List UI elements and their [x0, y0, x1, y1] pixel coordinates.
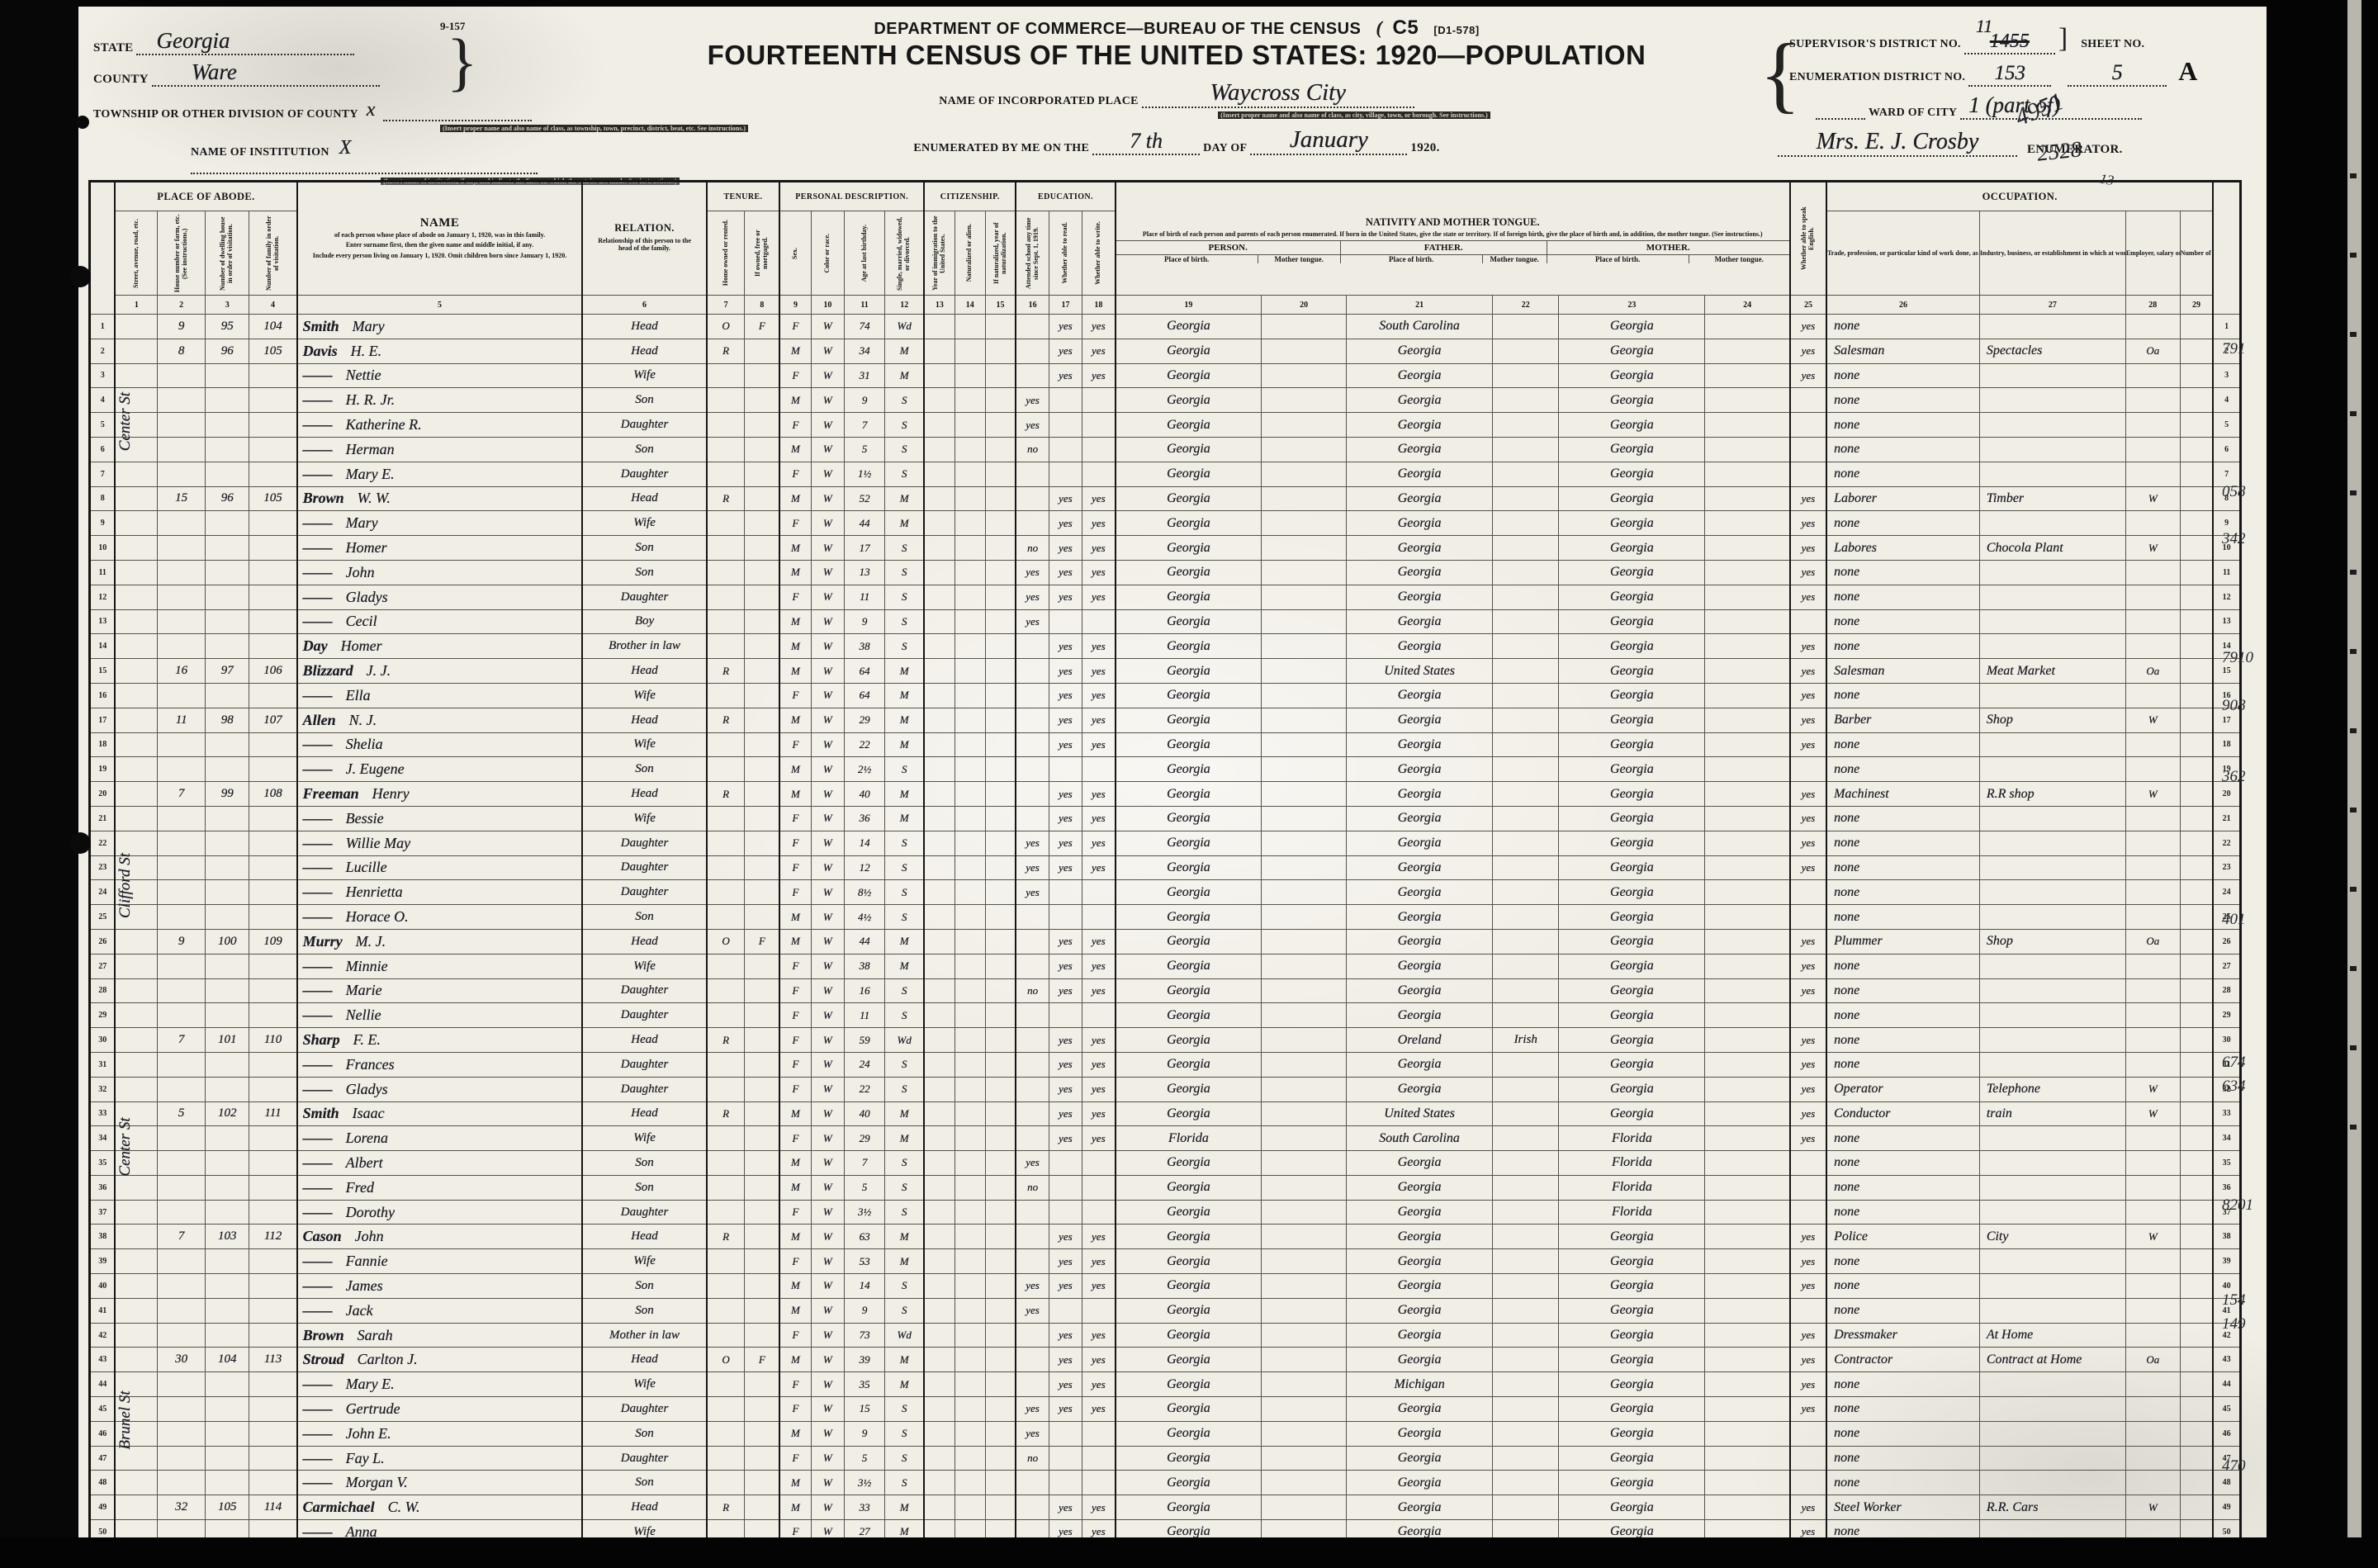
- naturalized: [955, 1471, 985, 1495]
- film-sliver: [2347, 0, 2361, 1568]
- family-number: [249, 1151, 297, 1176]
- mother-mother-tongue: [1705, 1003, 1790, 1028]
- naturalized: [955, 659, 985, 684]
- father-birthplace: Georgia: [1347, 1003, 1493, 1028]
- naturalization-year: [985, 511, 1016, 536]
- ward-label: WARD OF CITY: [1869, 107, 1957, 119]
- person-mother-tongue: [1262, 1077, 1347, 1101]
- immigration-year: [924, 1348, 955, 1372]
- naturalization-year: [985, 1126, 1016, 1151]
- speaks-english: yes: [1790, 1225, 1826, 1249]
- speaks-english: yes: [1790, 782, 1826, 807]
- line-number-right: 34: [2213, 1126, 2240, 1151]
- immigration-year: [924, 831, 955, 855]
- can-write: yes: [1082, 831, 1116, 855]
- sex-cell: F: [779, 363, 811, 388]
- father-birthplace: Georgia: [1347, 1397, 1493, 1422]
- person-row: 5——Katherine R.DaughterFW7SyesGeorgiaGeo…: [90, 413, 2241, 438]
- speaks-english: yes: [1790, 954, 1826, 978]
- line-number: 21: [90, 806, 116, 831]
- dwelling-number: [205, 585, 249, 609]
- name-cell: ——Morgan V.: [297, 1471, 583, 1495]
- dwelling-number: 102: [205, 1101, 249, 1126]
- surname: ——: [303, 1253, 333, 1269]
- speaks-english: yes: [1790, 585, 1826, 609]
- family-number: [249, 978, 297, 1003]
- can-write: yes: [1082, 560, 1116, 585]
- house-number: [158, 1077, 206, 1101]
- line-number-right: 21: [2213, 806, 2240, 831]
- line-number: 48: [90, 1471, 116, 1495]
- given-name: W. W.: [358, 490, 391, 506]
- age-cell: 64: [844, 659, 884, 684]
- industry: [1979, 462, 2125, 486]
- street-name: Brunel St: [116, 1337, 135, 1504]
- age-cell: 1½: [844, 462, 884, 486]
- mother-birthplace: Florida: [1559, 1175, 1705, 1200]
- age-cell: 17: [844, 536, 884, 561]
- farm-schedule: [2180, 1003, 2213, 1028]
- sex-cell: F: [779, 315, 811, 339]
- tenure-free: [745, 585, 779, 609]
- naturalization-year: [985, 315, 1016, 339]
- person-mother-tongue: [1262, 511, 1347, 536]
- relation-cell: Head: [582, 339, 706, 363]
- occupation: none: [1826, 560, 1979, 585]
- surname: Davis: [303, 343, 338, 359]
- speaks-english: yes: [1790, 634, 1826, 659]
- line-number-right: 39: [2213, 1249, 2240, 1274]
- line-number: 13: [90, 609, 116, 634]
- father-birthplace: Georgia: [1347, 388, 1493, 413]
- speaks-english: yes: [1790, 339, 1826, 363]
- house-number: 7: [158, 1225, 206, 1249]
- person-mother-tongue: [1262, 1249, 1347, 1274]
- mother-birthplace: Georgia: [1559, 634, 1705, 659]
- farm-schedule: [2180, 1372, 2213, 1397]
- tenure-owned: [707, 683, 745, 708]
- dwelling-number: 100: [205, 929, 249, 954]
- attended-school: [1016, 1101, 1049, 1126]
- father-birthplace: Georgia: [1347, 1298, 1493, 1323]
- given-name: C. W.: [388, 1499, 420, 1515]
- father-mother-tongue: [1493, 978, 1559, 1003]
- tenure-owned: [707, 1249, 745, 1274]
- industry: [1979, 978, 2125, 1003]
- dwelling-number: [205, 757, 249, 782]
- name-cell: SmithIsaac: [297, 1101, 583, 1126]
- relation-cell: Daughter: [582, 978, 706, 1003]
- scanned-census-page: 9-157 STATE Georgia COUNTY Ware } TOWNSH…: [0, 0, 2378, 1568]
- speaks-english: yes: [1790, 1101, 1826, 1126]
- farm-schedule: [2180, 782, 2213, 807]
- relation-cell: Daughter: [582, 1200, 706, 1225]
- line-number: 24: [90, 880, 116, 905]
- occupation: none: [1826, 1003, 1979, 1028]
- speaks-english: yes: [1790, 732, 1826, 757]
- father-birthplace: Georgia: [1347, 1225, 1493, 1249]
- tenure-free: [745, 1200, 779, 1225]
- mother-birthplace: Georgia: [1559, 683, 1705, 708]
- person-row: 21——BessieWifeFW36MyesyesGeorgiaGeorgiaG…: [90, 806, 2241, 831]
- given-name: Cecil: [346, 613, 377, 629]
- person-row: 36——FredSonMW5SnoGeorgiaGeorgiaFloridano…: [90, 1175, 2241, 1200]
- race-cell: W: [811, 1348, 844, 1372]
- person-birthplace: Georgia: [1116, 1471, 1262, 1495]
- tenure-owned: [707, 634, 745, 659]
- relation-cell: Daughter: [582, 1052, 706, 1077]
- employer-class: [2125, 880, 2180, 905]
- naturalization-year: [985, 437, 1016, 462]
- naturalized: [955, 1249, 985, 1274]
- employer-class: Oa: [2125, 1348, 2180, 1372]
- given-name: Katherine R.: [346, 416, 422, 433]
- person-birthplace: Georgia: [1116, 536, 1262, 561]
- person-birthplace: Georgia: [1116, 757, 1262, 782]
- mother-birthplace: Georgia: [1559, 536, 1705, 561]
- dwelling-number: [205, 855, 249, 880]
- race-cell: W: [811, 880, 844, 905]
- father-mother-tongue: [1493, 831, 1559, 855]
- sex-cell: F: [779, 880, 811, 905]
- attended-school: [1016, 1052, 1049, 1077]
- family-number: [249, 806, 297, 831]
- age-cell: 52: [844, 486, 884, 511]
- farm-schedule: [2180, 1028, 2213, 1053]
- tenure-free: [745, 511, 779, 536]
- naturalization-year: [985, 855, 1016, 880]
- mother-birthplace: Georgia: [1559, 1446, 1705, 1471]
- family-number: [249, 831, 297, 855]
- immigration-year: [924, 978, 955, 1003]
- surname: ——: [303, 564, 333, 580]
- age-cell: 73: [844, 1323, 884, 1348]
- street-name: Center St: [116, 315, 135, 528]
- farm-schedule: [2180, 1397, 2213, 1422]
- marital-cell: M: [885, 806, 924, 831]
- attended-school: [1016, 732, 1049, 757]
- immigration-year: [924, 954, 955, 978]
- name-header: NAME of each person whose place of abode…: [297, 182, 583, 296]
- farm-schedule: [2180, 339, 2213, 363]
- dwelling-number: [205, 880, 249, 905]
- speaks-english: [1790, 880, 1826, 905]
- house-number: 5: [158, 1101, 206, 1126]
- father-mother-tongue: [1493, 1471, 1559, 1495]
- tenure-free: [745, 732, 779, 757]
- occupation: none: [1826, 462, 1979, 486]
- mother-birthplace: Georgia: [1559, 708, 1705, 732]
- farm-schedule: [2180, 708, 2213, 732]
- grid-body: 1995104SmithMaryHeadOFFW74WdyesyesGeorgi…: [90, 315, 2241, 1546]
- dwelling-number: 96: [205, 486, 249, 511]
- marital-cell: S: [885, 536, 924, 561]
- race-cell: W: [811, 732, 844, 757]
- name-cell: SharpF. E.: [297, 1028, 583, 1053]
- father-mother-tongue: [1493, 315, 1559, 339]
- can-read: [1049, 609, 1082, 634]
- can-write: [1082, 609, 1116, 634]
- margin-handwritten-number: 674: [2222, 1054, 2246, 1072]
- enumeration-day: 7 th: [1092, 129, 1200, 155]
- farm-schedule: [2180, 978, 2213, 1003]
- mother-birthplace: Georgia: [1559, 1372, 1705, 1397]
- race-cell: W: [811, 905, 844, 930]
- tenure-free: [745, 609, 779, 634]
- naturalized: [955, 1274, 985, 1299]
- can-write: yes: [1082, 732, 1116, 757]
- dwelling-number: [205, 1274, 249, 1299]
- occupation: Conductor: [1826, 1101, 1979, 1126]
- tenure-free: [745, 1298, 779, 1323]
- immigration-year: [924, 1372, 955, 1397]
- attended-school: no: [1016, 536, 1049, 561]
- race-cell: W: [811, 929, 844, 954]
- mother-mother-tongue: [1705, 1151, 1790, 1176]
- given-name: Fannie: [346, 1253, 388, 1269]
- person-mother-tongue: [1262, 1151, 1347, 1176]
- can-read: yes: [1049, 683, 1082, 708]
- naturalized: [955, 1052, 985, 1077]
- naturalization-year: [985, 1298, 1016, 1323]
- dwelling-number: [205, 732, 249, 757]
- relation-cell: Son: [582, 1151, 706, 1176]
- naturalized: [955, 1397, 985, 1422]
- person-row: 2896105DavisH. E.HeadRMW34MyesyesGeorgia…: [90, 339, 2241, 363]
- mother-mother-tongue: [1705, 782, 1790, 807]
- family-number: [249, 1397, 297, 1422]
- given-name: Mary: [346, 514, 378, 531]
- citizenship-header: CITIZENSHIP.: [924, 182, 1016, 211]
- age-cell: 15: [844, 1397, 884, 1422]
- name-cell: BrownSarah: [297, 1323, 583, 1348]
- family-number: [249, 954, 297, 978]
- mother-mother-tongue: [1705, 757, 1790, 782]
- speaks-english: yes: [1790, 831, 1826, 855]
- race-cell: W: [811, 1495, 844, 1520]
- surname: ——: [303, 1376, 333, 1392]
- employer-class: [2125, 413, 2180, 438]
- father-mother-tongue: [1493, 732, 1559, 757]
- name-cell: ——Fay L.: [297, 1446, 583, 1471]
- margin-handwritten-number: 362: [2222, 768, 2246, 786]
- person-birthplace: Georgia: [1116, 978, 1262, 1003]
- person-row: 19——J. EugeneSonMW2½SGeorgiaGeorgiaGeorg…: [90, 757, 2241, 782]
- employer-class: W: [2125, 1101, 2180, 1126]
- line-number: 44: [90, 1372, 116, 1397]
- street-cell: [115, 1298, 157, 1323]
- can-read: [1049, 880, 1082, 905]
- line-number: 18: [90, 732, 116, 757]
- person-birthplace: Georgia: [1116, 782, 1262, 807]
- line-number: 4: [90, 388, 116, 413]
- tenure-free: [745, 806, 779, 831]
- house-number: [158, 462, 206, 486]
- employer-class: W: [2125, 536, 2180, 561]
- family-number: [249, 1421, 297, 1446]
- industry-col-header: Industry, business, or establishment in …: [1979, 211, 2125, 296]
- employer-class: [2125, 1298, 2180, 1323]
- father-birthplace: Georgia: [1347, 536, 1493, 561]
- house-number: [158, 1397, 206, 1422]
- name-cell: ——Fred: [297, 1175, 583, 1200]
- dwelling-number: [205, 511, 249, 536]
- naturalized: [955, 757, 985, 782]
- naturalization-year: [985, 585, 1016, 609]
- marital-cell: S: [885, 634, 924, 659]
- relation-cell: Son: [582, 1298, 706, 1323]
- district-block: { SUPERVISOR'S DISTRICT NO. 11 1455 ] SH…: [1778, 23, 2265, 165]
- occupation: none: [1826, 806, 1979, 831]
- family-number: 108: [249, 782, 297, 807]
- occupation: none: [1826, 1274, 1979, 1299]
- dwelling-number: [205, 905, 249, 930]
- person-birthplace: Georgia: [1116, 954, 1262, 978]
- tenure-owned: [707, 732, 745, 757]
- can-read: yes: [1049, 1225, 1082, 1249]
- line-number-right: 35: [2213, 1151, 2240, 1176]
- father-birthplace: Georgia: [1347, 1274, 1493, 1299]
- attended-school: [1016, 1200, 1049, 1225]
- attended-school: [1016, 1348, 1049, 1372]
- age-cell: 31: [844, 363, 884, 388]
- naturalized: [955, 1077, 985, 1101]
- line-number: 8: [90, 486, 116, 511]
- tenure-free: [745, 363, 779, 388]
- line-number: 9: [90, 511, 116, 536]
- surname: ——: [303, 589, 333, 605]
- sex-cell: F: [779, 1003, 811, 1028]
- person-row: 35——AlbertSonMW7SyesGeorgiaGeorgiaFlorid…: [90, 1151, 2241, 1176]
- house-number: [158, 1003, 206, 1028]
- tenure-owned: [707, 978, 745, 1003]
- family-number: [249, 1126, 297, 1151]
- sex-cell: M: [779, 782, 811, 807]
- tenure-free: [745, 683, 779, 708]
- surname: Allen: [303, 712, 336, 728]
- marital-cell: S: [885, 1175, 924, 1200]
- mother-mother-tongue: [1705, 978, 1790, 1003]
- can-read: yes: [1049, 978, 1082, 1003]
- relation-cell: Head: [582, 1495, 706, 1520]
- given-name: Gladys: [346, 589, 388, 605]
- person-row: 25——Horace O.SonMW4½SGeorgiaGeorgiaGeorg…: [90, 905, 2241, 930]
- name-cell: ——John E.: [297, 1421, 583, 1446]
- mother-birthplace: Georgia: [1559, 511, 1705, 536]
- father-birthplace: Georgia: [1347, 634, 1493, 659]
- farm-schedule: [2180, 855, 2213, 880]
- name-cell: ——Jack: [297, 1298, 583, 1323]
- naturalized: [955, 683, 985, 708]
- father-mother-tongue: [1493, 1298, 1559, 1323]
- line-number-right: 45: [2213, 1397, 2240, 1422]
- name-cell: ——Cecil: [297, 609, 583, 634]
- father-mother-tongue: [1493, 806, 1559, 831]
- race-cell: W: [811, 1175, 844, 1200]
- relation-cell: Daughter: [582, 1003, 706, 1028]
- person-row: 22——Willie MayDaughterFW14SyesyesyesGeor…: [90, 831, 2241, 855]
- occupation: none: [1826, 634, 1979, 659]
- father-birthplace: Georgia: [1347, 339, 1493, 363]
- marital-cell: S: [885, 585, 924, 609]
- attended-school: yes: [1016, 1274, 1049, 1299]
- relation-cell: Daughter: [582, 585, 706, 609]
- farm-schedule: [2180, 462, 2213, 486]
- person-mother-tongue: [1262, 1495, 1347, 1520]
- employer-class: [2125, 978, 2180, 1003]
- can-write: yes: [1082, 339, 1116, 363]
- mother-mother-tongue: [1705, 536, 1790, 561]
- naturalized: [955, 732, 985, 757]
- given-name: Dorothy: [346, 1204, 395, 1220]
- relation-cell: Son: [582, 388, 706, 413]
- employer-class: [2125, 1249, 2180, 1274]
- given-name: Minnie: [346, 958, 388, 974]
- name-cell: ——H. R. Jr.: [297, 388, 583, 413]
- speaks-english: yes: [1790, 315, 1826, 339]
- person-row: 40——JamesSonMW14SyesyesyesGeorgiaGeorgia…: [90, 1274, 2241, 1299]
- given-name: J. Eugene: [346, 760, 405, 777]
- marital-cell: S: [885, 1274, 924, 1299]
- sex-cell: F: [779, 683, 811, 708]
- tenure-owned: [707, 462, 745, 486]
- race-cell: W: [811, 683, 844, 708]
- naturalization-year: [985, 1249, 1016, 1274]
- employer-class: [2125, 560, 2180, 585]
- line-number-right: 27: [2213, 954, 2240, 978]
- person-birthplace: Georgia: [1116, 1151, 1262, 1176]
- immigration-year: [924, 1471, 955, 1495]
- family-number: [249, 1298, 297, 1323]
- surname: Carmichael: [303, 1499, 375, 1515]
- tenure-owned: R: [707, 1495, 745, 1520]
- dwelling-number: 105: [205, 1495, 249, 1520]
- father-mother-tongue: [1493, 782, 1559, 807]
- person-row: 269100109MurryM. J.HeadOFMW44MyesyesGeor…: [90, 929, 2241, 954]
- mother-mother-tongue: [1705, 1298, 1790, 1323]
- family-number: 113: [249, 1348, 297, 1372]
- farm-schedule: [2180, 413, 2213, 438]
- mother-mother-tongue: [1705, 831, 1790, 855]
- person-row: 14DayHomerBrother in lawMW38SyesyesGeorg…: [90, 634, 2241, 659]
- naturalization-year: [985, 413, 1016, 438]
- person-mother-tongue: [1262, 1225, 1347, 1249]
- race-cell: W: [811, 1225, 844, 1249]
- person-birthplace: Georgia: [1116, 1397, 1262, 1422]
- farm-schedule: [2180, 1471, 2213, 1495]
- marital-col-header: Single, married, widowed, or divorced.: [885, 211, 924, 296]
- person-mother-tongue: [1262, 363, 1347, 388]
- tenure-owned: [707, 954, 745, 978]
- marital-cell: M: [885, 486, 924, 511]
- race-cell: W: [811, 1446, 844, 1471]
- father-mother-tongue: [1493, 1200, 1559, 1225]
- occupation: none: [1826, 1421, 1979, 1446]
- tenure-owned: [707, 511, 745, 536]
- can-read: [1049, 1175, 1082, 1200]
- surname: ——: [303, 1154, 333, 1171]
- house-number: [158, 1323, 206, 1348]
- father-birthplace: Georgia: [1347, 929, 1493, 954]
- relation-cell: Son: [582, 1274, 706, 1299]
- race-cell: W: [811, 806, 844, 831]
- race-cell: W: [811, 609, 844, 634]
- family-number: [249, 1175, 297, 1200]
- immigration-year: [924, 1200, 955, 1225]
- attended-school: no: [1016, 437, 1049, 462]
- tenure-free: [745, 560, 779, 585]
- race-cell: W: [811, 437, 844, 462]
